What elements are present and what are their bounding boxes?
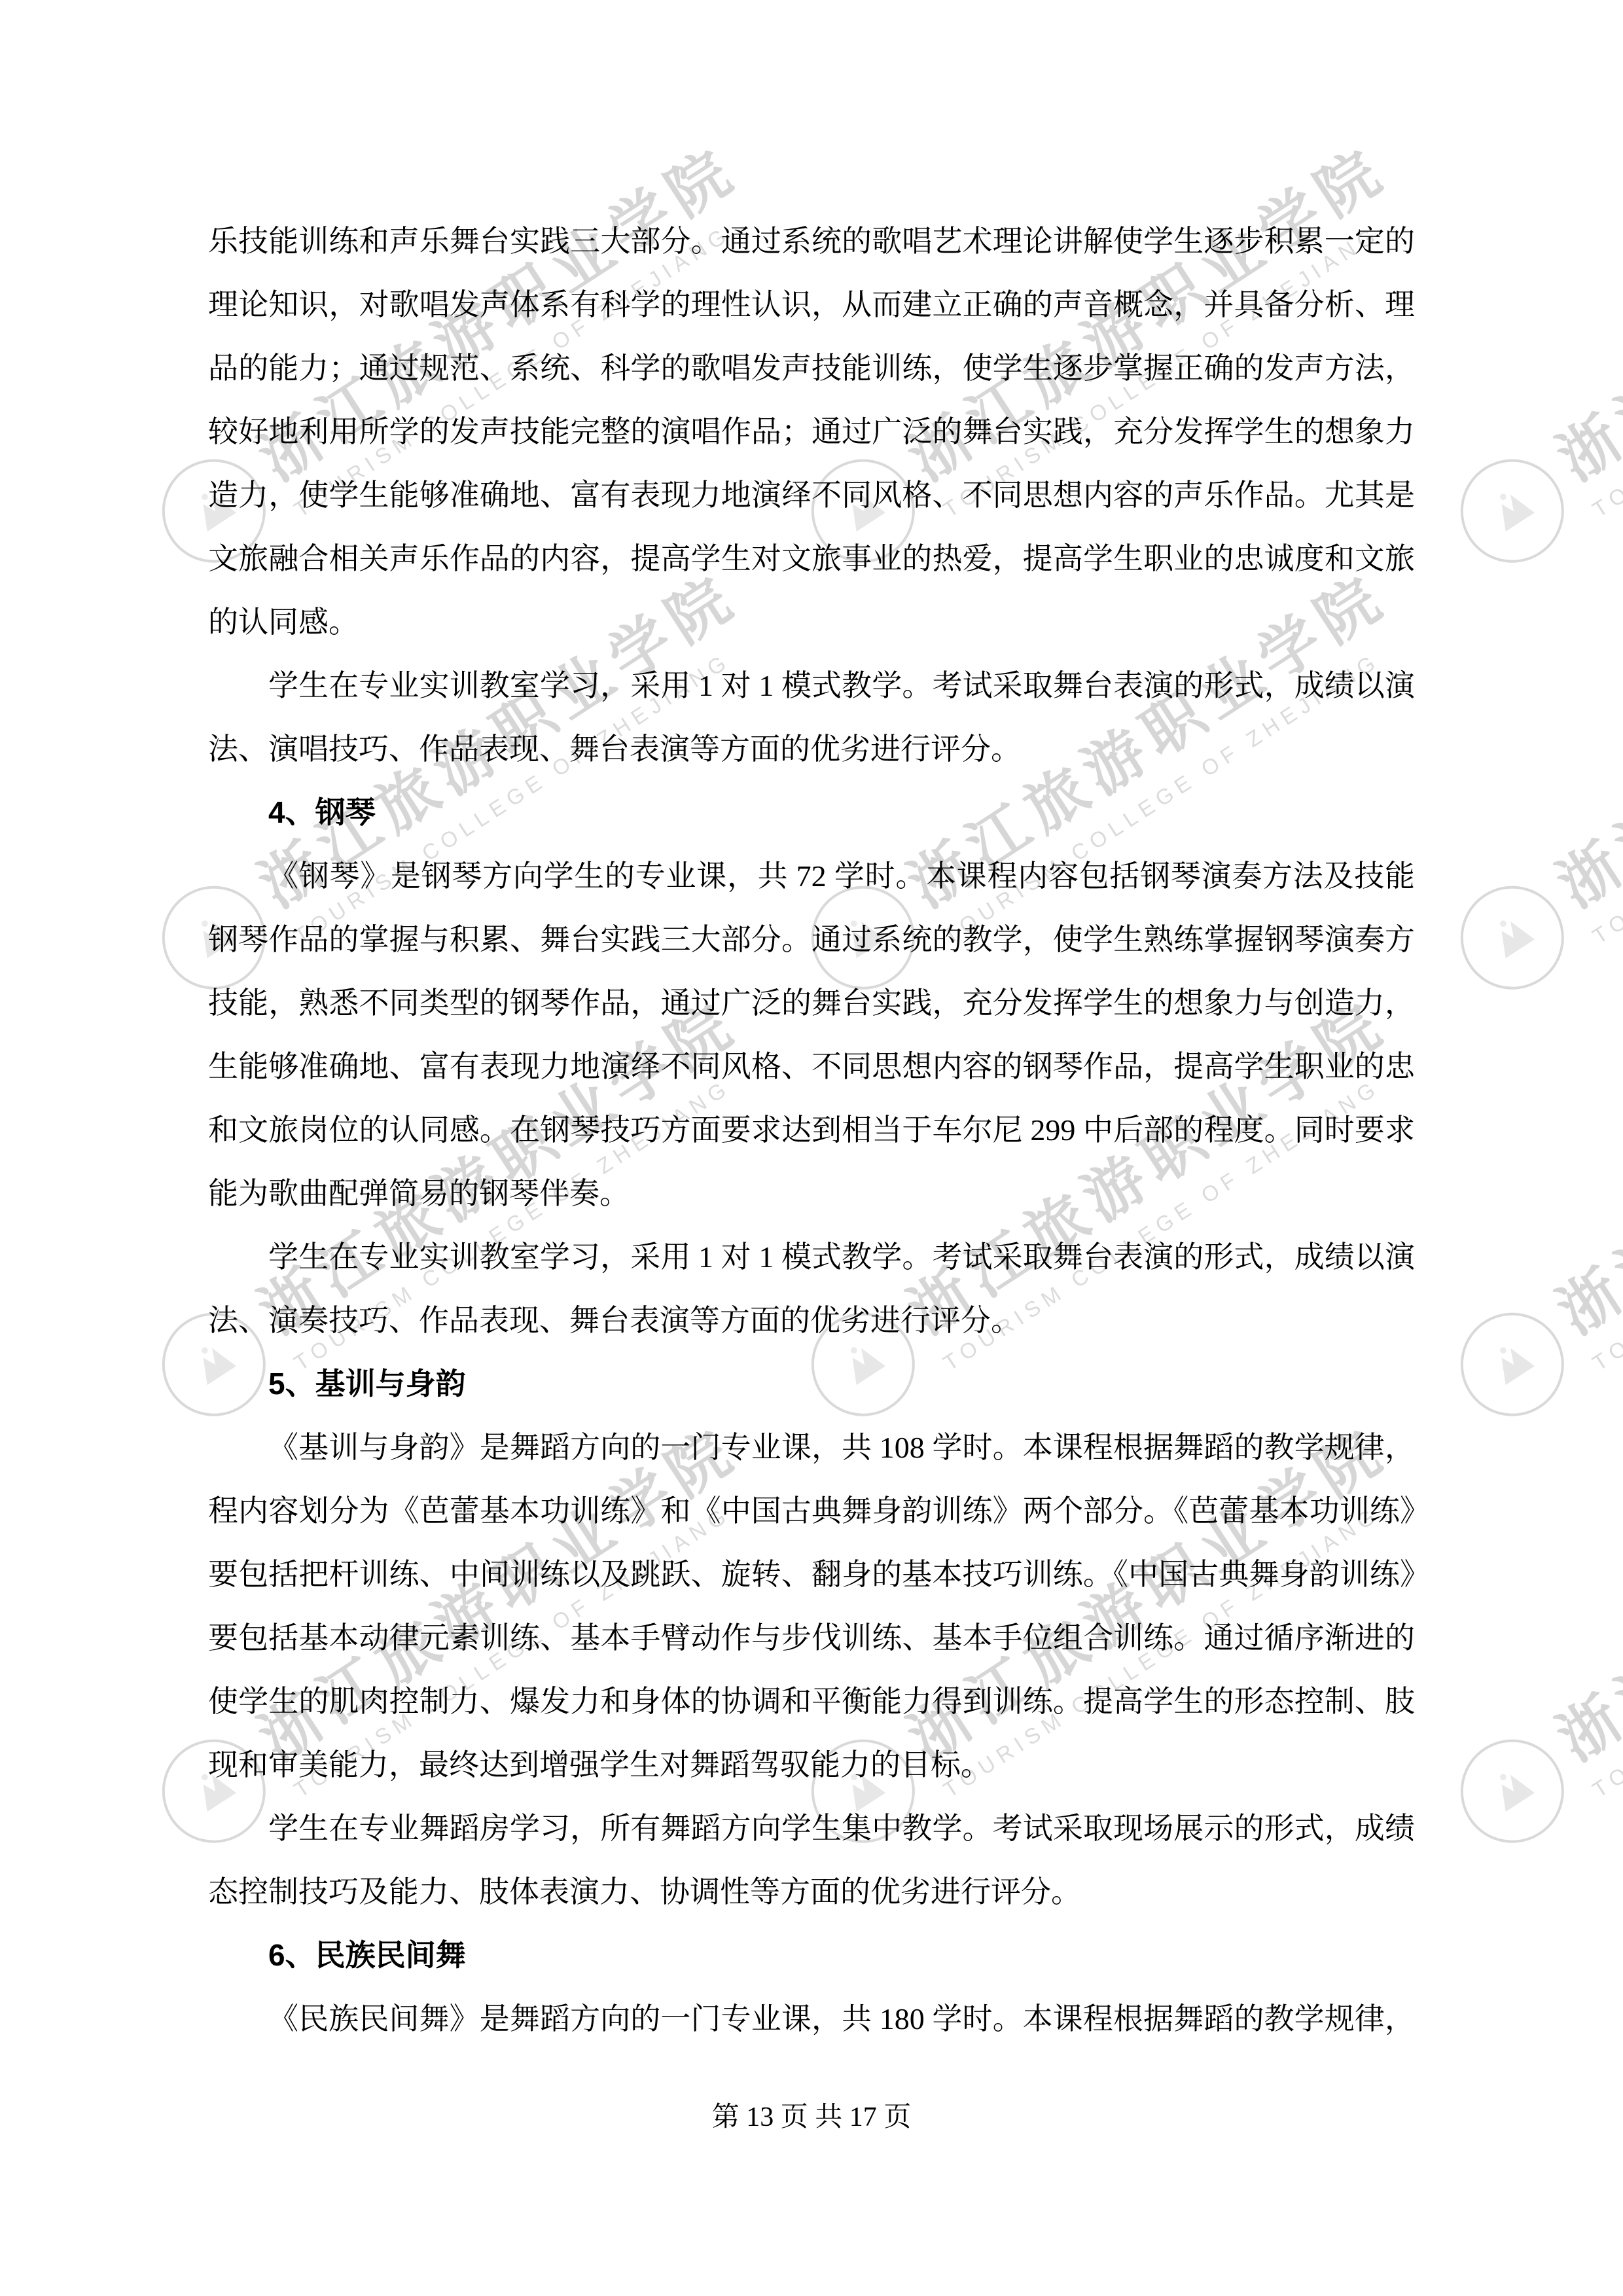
watermark-en-text: TOURISM COLLEGE OF ZHEJIANG — [1588, 199, 1623, 522]
text-block: 乐技能训练和声乐舞台实践三大部分。通过系统的歌唱艺术理论讲解使学生逐步积累一定的… — [208, 209, 1415, 2051]
text-line: 法、演唱技巧、作品表现、舞台表演等方面的优劣进行评分。 — [208, 717, 1415, 781]
watermark: 浙江旅游职业学院TOURISM COLLEGE OF ZHEJIANG — [1437, 549, 1623, 1014]
text-line: 法、演奏技巧、作品表现、舞台表演等方面的优劣进行评分。 — [208, 1289, 1415, 1352]
watermark-text: 浙江旅游职业学院TOURISM COLLEGE OF ZHEJIANG — [1538, 976, 1623, 1376]
text-line: 《民族民间舞》是舞蹈方向的一门专业课，共 180 学时。本课程根据舞蹈的教学规律… — [208, 1987, 1415, 2051]
page-footer: 第 13 页 共 17 页 — [0, 2098, 1623, 2137]
text-line: 钢琴作品的掌握与积累、舞台实践三大部分。通过系统的教学，使学生熟练掌握钢琴演奏方… — [208, 908, 1415, 971]
seal-emblem-icon — [1476, 1755, 1548, 1827]
watermark-text: 浙江旅游职业学院TOURISM COLLEGE OF ZHEJIANG — [1538, 549, 1623, 949]
page-number: 第 13 页 共 17 页 — [712, 2102, 912, 2132]
text-line: 乐技能训练和声乐舞台实践三大部分。通过系统的歌唱艺术理论讲解使学生逐步积累一定的… — [208, 209, 1415, 273]
text-line: 和文旅岗位的认同感。在钢琴技巧方面要求达到相当于车尔尼 299 中后部的程度。同… — [208, 1098, 1415, 1162]
text-line: 较好地利用所学的发声技能完整的演唱作品；通过广泛的舞台实践，充分发挥学生的想象力… — [208, 400, 1415, 463]
college-seal-icon — [1441, 866, 1584, 1009]
text-line: 《基训与身韵》是舞蹈方向的一门专业课，共 108 学时。本课程根据舞蹈的教学规律… — [208, 1416, 1415, 1479]
text-line: 理论知识，对歌唱发声体系有科学的理性认识，从而建立正确的声音概念，并具备分析、理… — [208, 273, 1415, 336]
college-seal-icon — [1441, 439, 1584, 583]
watermark: 浙江旅游职业学院TOURISM COLLEGE OF ZHEJIANG — [1437, 1403, 1623, 1868]
text-line: 生能够准确地、富有表现力地演绎不同风格、不同思想内容的钢琴作品，提高学生职业的忠… — [208, 1035, 1415, 1098]
watermark-cn-text: 浙江旅游职业学院 — [1538, 122, 1623, 497]
seal-emblem-icon — [1476, 1328, 1548, 1401]
text-line: 能为歌曲配弹简易的钢琴伴奏。 — [208, 1162, 1415, 1225]
text-line: 现和审美能力，最终达到增强学生对舞蹈驾驭能力的目标。 — [208, 1733, 1415, 1797]
text-line: 要包括基本动律元素训练、基本手臂动作与步伐训练、基本手位组合训练。通过循序渐进的… — [208, 1606, 1415, 1670]
seal-emblem-icon — [1476, 901, 1548, 974]
watermark-text: 浙江旅游职业学院TOURISM COLLEGE OF ZHEJIANG — [1538, 1403, 1623, 1803]
text-line: 学生在专业舞蹈房学习，所有舞蹈方向学生集中教学。考试采取现场展示的形式，成绩以形 — [208, 1797, 1415, 1860]
watermark: 浙江旅游职业学院TOURISM COLLEGE OF ZHEJIANG — [1437, 122, 1623, 588]
watermark-en-text: TOURISM COLLEGE OF ZHEJIANG — [1588, 1052, 1623, 1376]
section-heading: 6、民族民间舞 — [208, 1924, 1415, 1987]
text-line: 造力，使学生能够准确地、富有表现力地演绎不同风格、不同思想内容的声乐作品。尤其是… — [208, 463, 1415, 527]
watermark-en-text: TOURISM COLLEGE OF ZHEJIANG — [1588, 1479, 1623, 1803]
text-line: 品的能力；通过规范、系统、科学的歌唱发声技能训练，使学生逐步掌握正确的发声方法，… — [208, 336, 1415, 400]
text-line: 使学生的肌肉控制力、爆发力和身体的协调和平衡能力得到训练。提高学生的形态控制、肢… — [208, 1670, 1415, 1733]
college-seal-icon — [1441, 1719, 1584, 1863]
text-line: 程内容划分为《芭蕾基本功训练》和《中国古典舞身韵训练》两个部分。《芭蕾基本功训练… — [208, 1479, 1415, 1543]
watermark-cn-text: 浙江旅游职业学院 — [1538, 976, 1623, 1351]
seal-emblem-icon — [1476, 475, 1548, 547]
document-content: 乐技能训练和声乐舞台实践三大部分。通过系统的歌唱艺术理论讲解使学生逐步积累一定的… — [208, 209, 1415, 2051]
college-seal-icon — [1441, 1293, 1584, 1436]
text-line: 态控制技巧及能力、肢体表演力、协调性等方面的优劣进行评分。 — [208, 1860, 1415, 1924]
watermark-text: 浙江旅游职业学院TOURISM COLLEGE OF ZHEJIANG — [1538, 122, 1623, 522]
section-heading: 5、基训与身韵 — [208, 1352, 1415, 1416]
text-line: 的认同感。 — [208, 590, 1415, 654]
text-line: 要包括把杆训练、中间训练以及跳跃、旋转、翻身的基本技巧训练。《中国古典舞身韵训练… — [208, 1543, 1415, 1606]
watermark-cn-text: 浙江旅游职业学院 — [1538, 1403, 1623, 1778]
watermark-cn-text: 浙江旅游职业学院 — [1538, 549, 1623, 924]
section-heading: 4、钢琴 — [208, 781, 1415, 844]
text-line: 学生在专业实训教室学习，采用 1 对 1 模式教学。考试采取舞台表演的形式，成绩… — [208, 654, 1415, 717]
text-line: 文旅融合相关声乐作品的内容，提高学生对文旅事业的热爱，提高学生职业的忠诚度和文旅… — [208, 527, 1415, 590]
document-page: 浙江旅游职业学院TOURISM COLLEGE OF ZHEJIANG浙江旅游职… — [0, 0, 1623, 2296]
watermark-en-text: TOURISM COLLEGE OF ZHEJIANG — [1588, 626, 1623, 949]
text-line: 技能，熟悉不同类型的钢琴作品，通过广泛的舞台实践，充分发挥学生的想象力与创造力，… — [208, 971, 1415, 1035]
text-line: 学生在专业实训教室学习，采用 1 对 1 模式教学。考试采取舞台表演的形式，成绩… — [208, 1225, 1415, 1289]
text-line: 《钢琴》是钢琴方向学生的专业课，共 72 学时。本课程内容包括钢琴演奏方法及技能… — [208, 844, 1415, 908]
watermark: 浙江旅游职业学院TOURISM COLLEGE OF ZHEJIANG — [1437, 976, 1623, 1441]
